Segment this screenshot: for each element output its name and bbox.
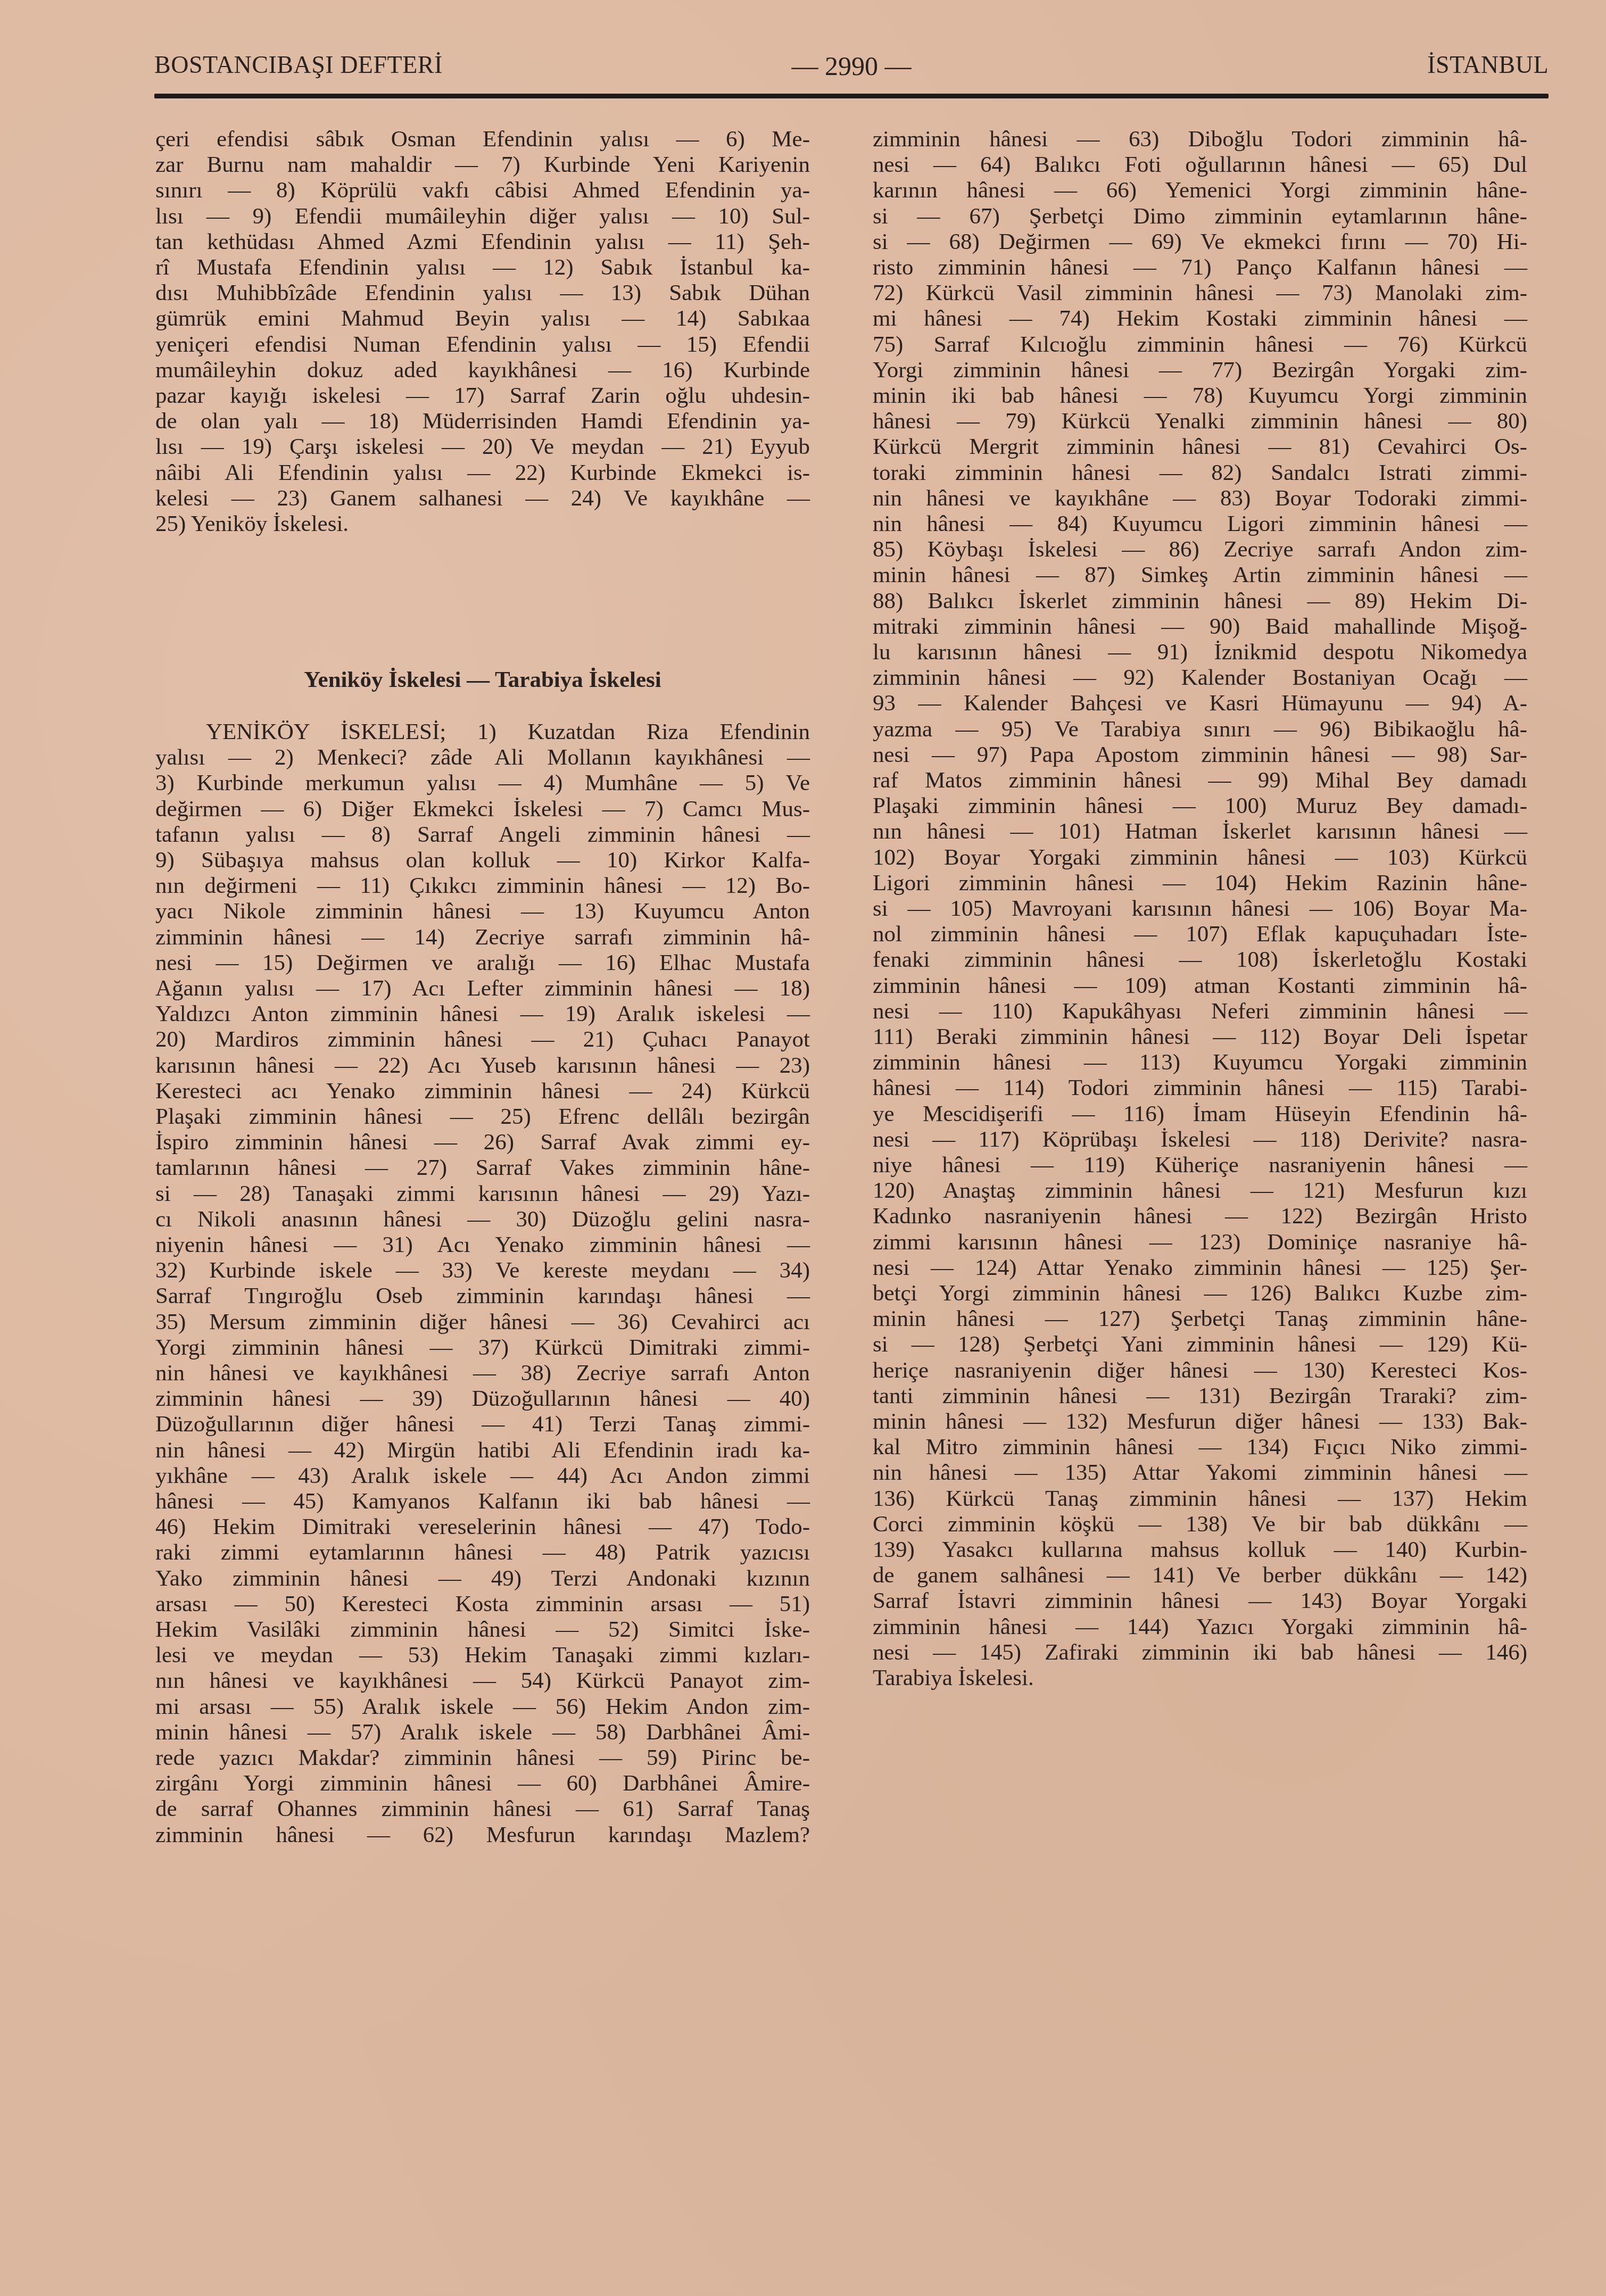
text-line: zimminin hânesi — 62) Mesfurun karındaşı… — [155, 1819, 810, 1851]
text-line: 25) Yeniköy İskelesi. — [155, 508, 810, 540]
header-book-title: BOSTANCIBAŞI DEFTERİ — [154, 51, 443, 79]
running-header: BOSTANCIBAŞI DEFTERİ — 2990 — İSTANBUL — [154, 51, 1549, 93]
header-section-title: İSTANBUL — [1427, 51, 1549, 79]
text-line: Tarabiya İskelesi. — [873, 1662, 1527, 1694]
section-heading: Yeniköy İskelesi — Tarabiya İskelesi — [155, 664, 810, 696]
page-number: — 2990 — — [782, 51, 921, 81]
header-rule — [154, 94, 1549, 98]
